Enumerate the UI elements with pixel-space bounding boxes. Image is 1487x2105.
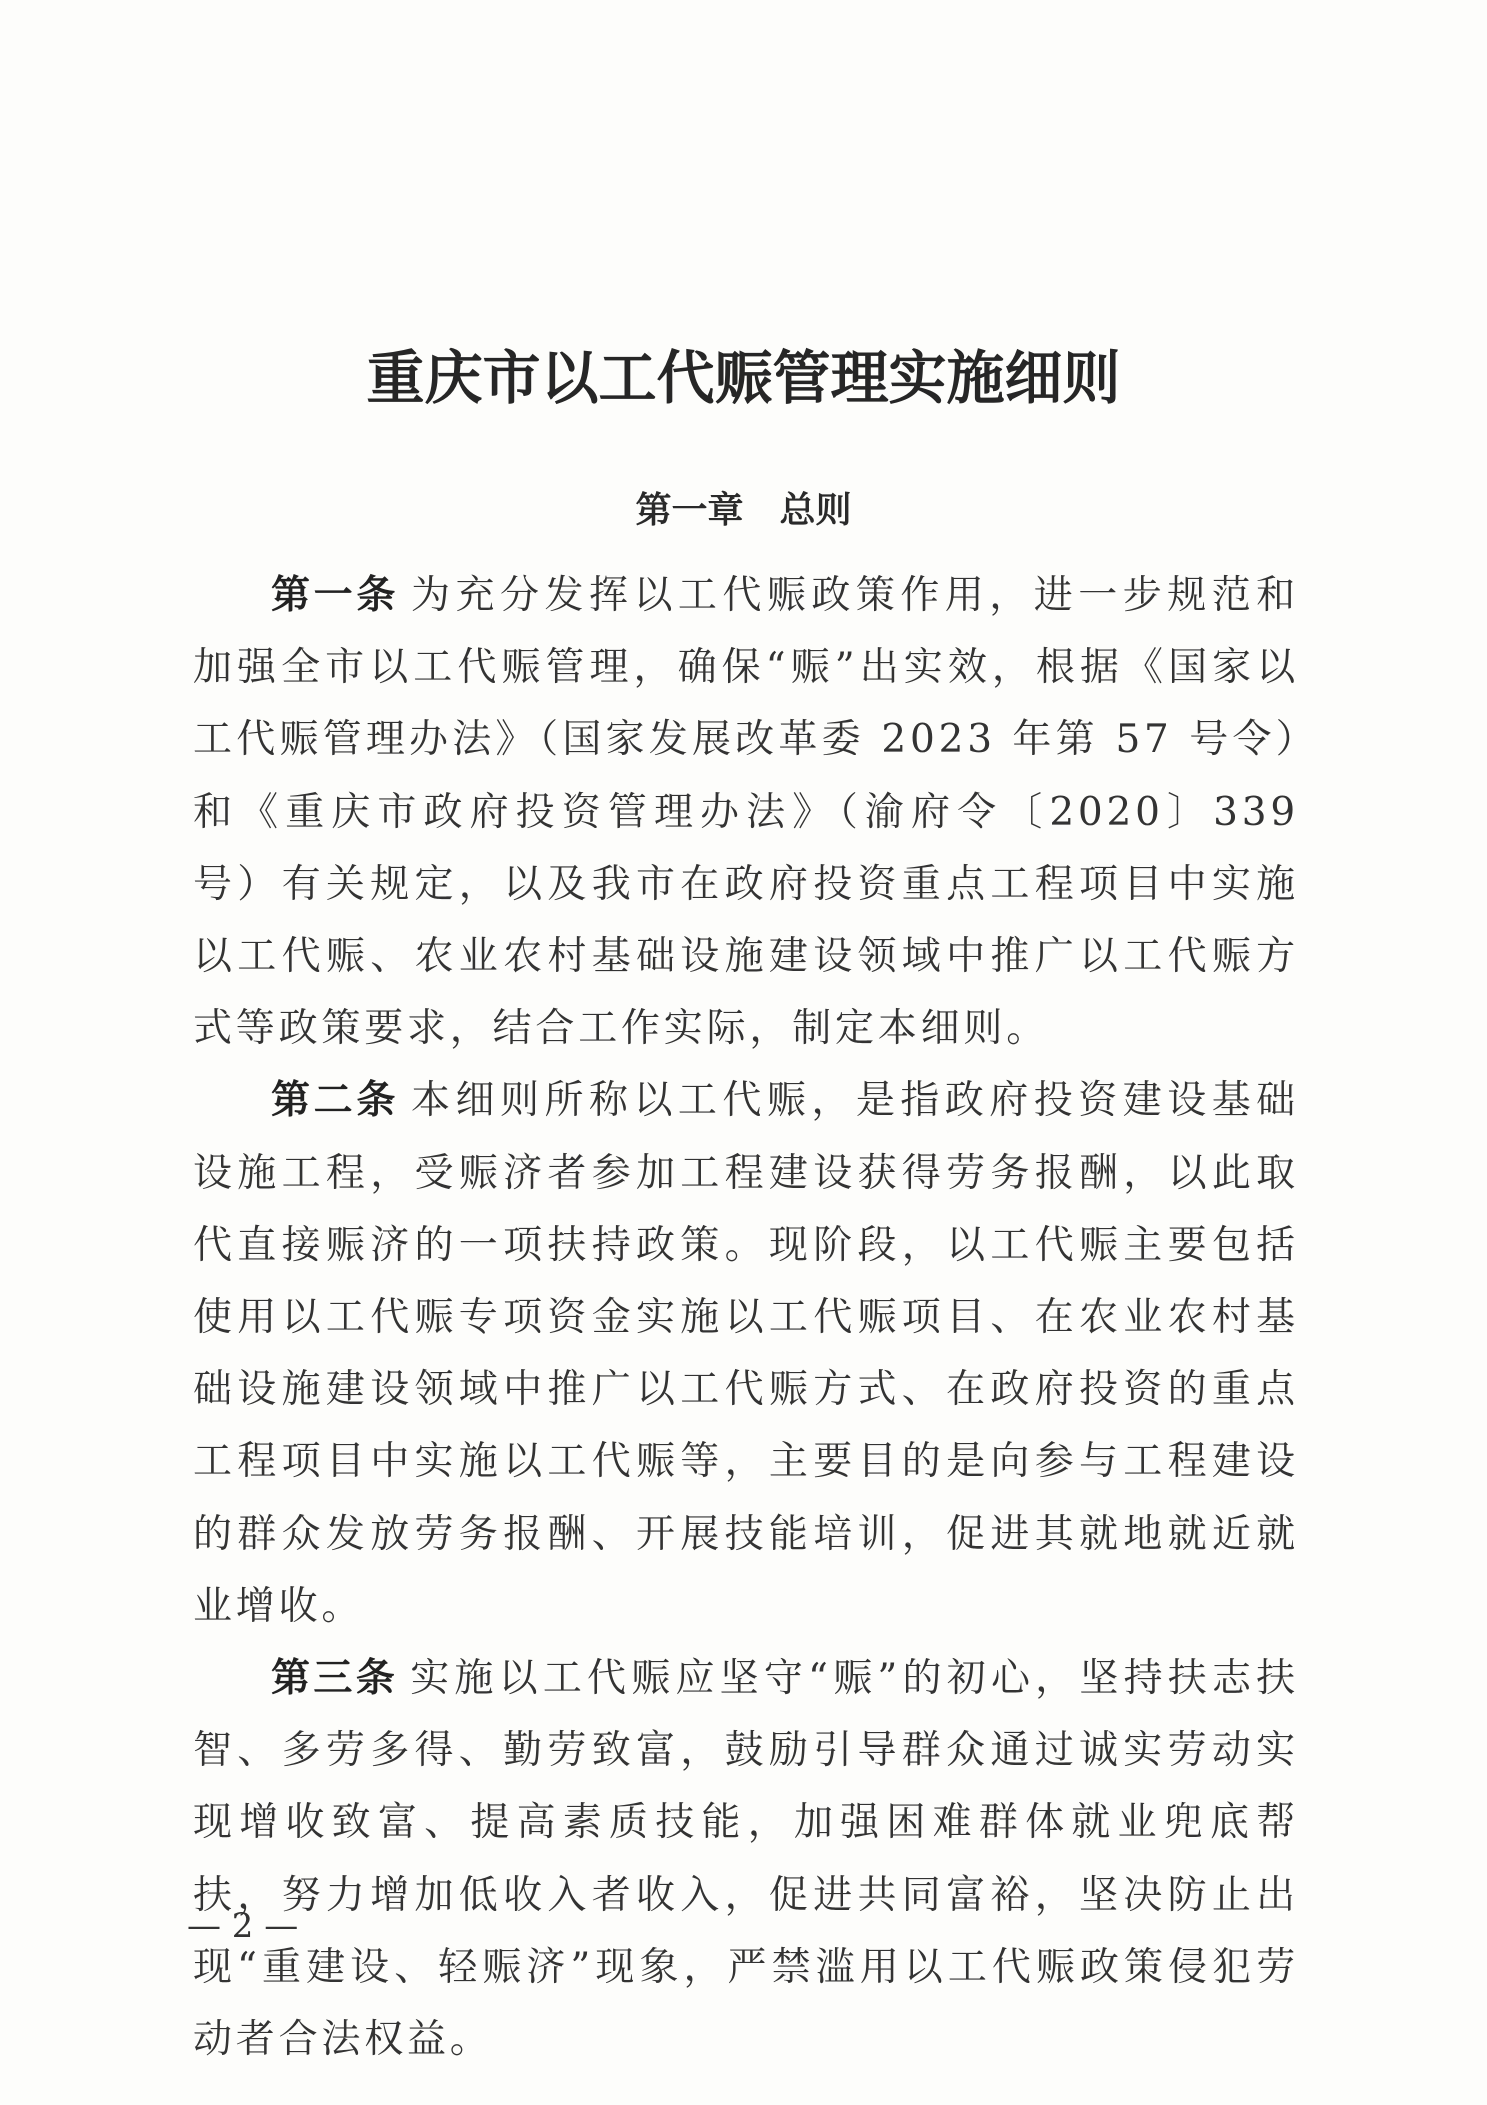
article-text: 实施以工代赈应坚守“赈”的初心，坚持扶志扶智、多劳多得、勤劳致富，鼓励引导群众通… <box>193 1656 1299 2062</box>
document-page: 重庆市以工代赈管理实施细则 第一章 总则 第一条为充分发挥以工代赈政策作用，进一… <box>0 0 1487 2105</box>
document-title: 重庆市以工代赈管理实施细则 <box>0 338 1487 418</box>
page-number: — 2 — <box>187 1906 298 1946</box>
chapter-heading: 第一章 总则 <box>0 486 1487 536</box>
article-number: 第三条 <box>271 1656 398 1701</box>
article-number: 第一条 <box>271 573 399 618</box>
article-3: 第三条实施以工代赈应坚守“赈”的初心，坚持扶志扶智、多劳多得、勤劳致富，鼓励引导… <box>193 1643 1299 2076</box>
article-1: 第一条为充分发挥以工代赈政策作用，进一步规范和加强全市以工代赈管理，确保“赈”出… <box>193 560 1299 1065</box>
article-number: 第二条 <box>271 1078 399 1123</box>
document-body: 第一条为充分发挥以工代赈政策作用，进一步规范和加强全市以工代赈管理，确保“赈”出… <box>193 560 1299 2076</box>
article-text: 本细则所称以工代赈，是指政府投资建设基础设施工程，受赈济者参加工程建设获得劳务报… <box>193 1078 1299 1628</box>
article-2: 第二条本细则所称以工代赈，是指政府投资建设基础设施工程，受赈济者参加工程建设获得… <box>193 1065 1299 1643</box>
article-text: 为充分发挥以工代赈政策作用，进一步规范和加强全市以工代赈管理，确保“赈”出实效，… <box>193 573 1299 1051</box>
